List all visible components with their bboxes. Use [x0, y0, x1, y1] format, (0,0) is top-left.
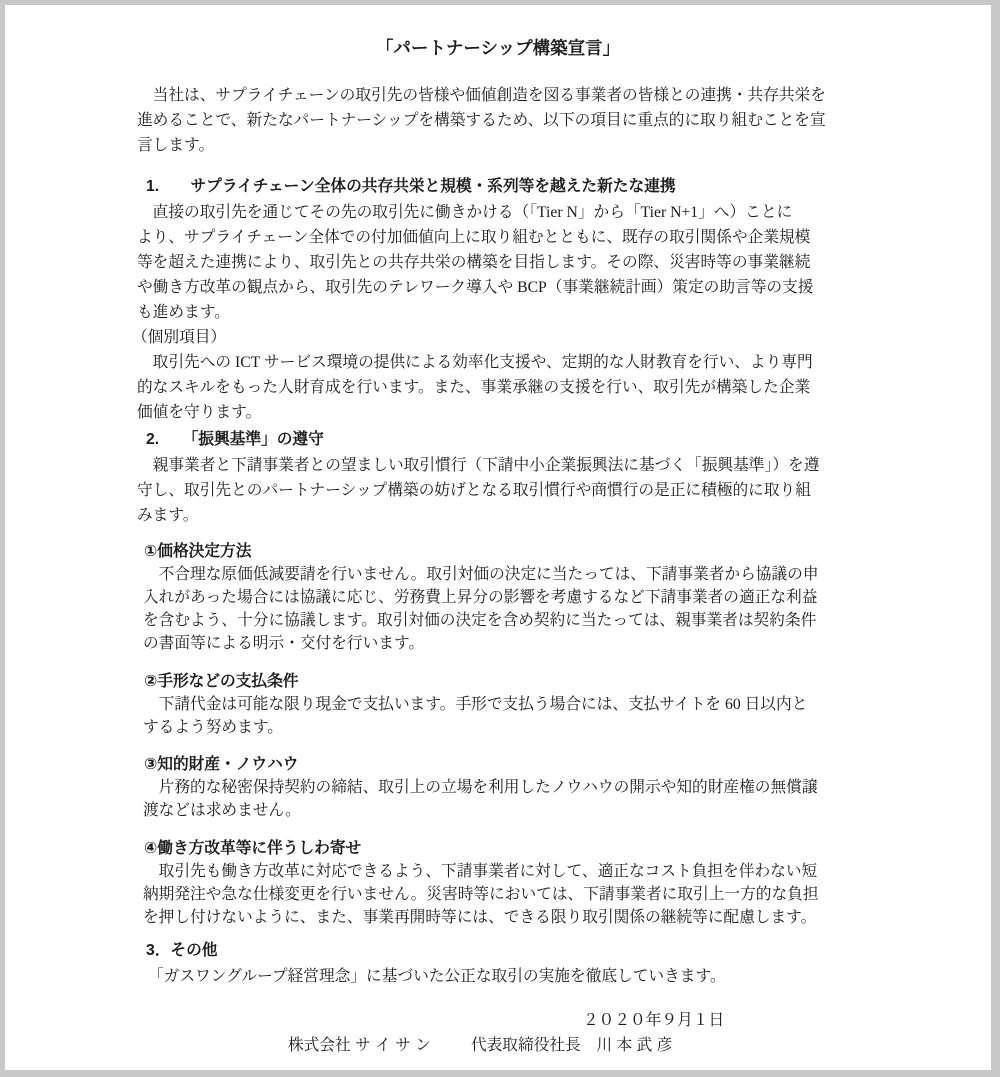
- text-line: 下請代金は可能な限り現金で支払います。手形で支払う場合には、支払サイトを 60 …: [143, 693, 991, 716]
- section-1-heading: 1. サプライチェーン全体の共存共栄と規模・系列等を越えた新たな連携: [146, 174, 991, 200]
- company-name: 株式会社 サ イ サ ン: [288, 1033, 431, 1058]
- text-line: や働き方改革の観点から、取引先のテレワーク導入や BCP（事業継続計画）策定の助…: [137, 275, 991, 300]
- date-line: ２０２０年９月１日: [583, 1008, 991, 1033]
- subitem-1-heading: ①価格決定方法: [144, 540, 991, 563]
- subitem-1-body: 不合理な原価低減要請を行いません。取引対価の決定に当たっては、下請事業者から協議…: [143, 563, 991, 655]
- text-line: 渡などは求めません。: [143, 799, 991, 822]
- section-2-body: 親事業者と下請事業者との望ましい取引慣行（下請中小企業振興法に基づく「振興基準」…: [137, 453, 991, 528]
- text-line: 不合理な原価低減要請を行いません。取引対価の決定に当たっては、下請事業者から協議…: [143, 563, 991, 586]
- text-line: みます。: [137, 503, 991, 528]
- subitem-2-body: 下請代金は可能な限り現金で支払います。手形で支払う場合には、支払サイトを 60 …: [143, 693, 991, 739]
- text-line: 「ガスワングループ経営理念」に基づいた公正な取引の実施を徹底していきます。: [148, 964, 991, 989]
- individual-items-label: （個別項目）: [132, 325, 991, 350]
- subitem-2-heading: ②手形などの支払条件: [144, 670, 991, 693]
- text-line: 進めることで、新たなパートナーシップを構築するため、以下の項目に重点的に取り組む…: [137, 108, 991, 133]
- intro-paragraph: 当社は、サプライチェーンの取引先の皆様や価値創造を図る事業者の皆様との連携・共存…: [137, 83, 991, 158]
- section-3-heading: 3．その他: [146, 938, 991, 964]
- section-3-body: 「ガスワングループ経営理念」に基づいた公正な取引の実施を徹底していきます。: [148, 964, 991, 989]
- text-line: 納期発注や急な仕様変更を行いません。災害時等においては、下請事業者に取引上一方的…: [143, 883, 991, 906]
- text-line: 取引先も働き方改革に対応できるよう、下請事業者に対して、適正なコスト負担を伴わな…: [143, 860, 991, 883]
- text-line: 片務的な秘密保持契約の締結、取引上の立場を利用したノウハウの開示や知的財産権の無…: [143, 776, 991, 799]
- section-1-body: 直接の取引先を通じてその先の取引先に働きかける（「Tier N」から「Tier …: [137, 200, 991, 325]
- section-2-heading: 2. 「振興基準」の遵守: [146, 427, 991, 453]
- text-line: 直接の取引先を通じてその先の取引先に働きかける（「Tier N」から「Tier …: [137, 200, 991, 225]
- text-line: も進めます。: [137, 300, 991, 325]
- text-line: より、サプライチェーン全体での付加価値向上に取り組むとともに、既存の取引関係や企…: [137, 225, 991, 250]
- document-frame: 「パートナーシップ構築宣言」 当社は、サプライチェーンの取引先の皆様や価値創造を…: [0, 0, 1000, 1077]
- text-line: 的なスキルをもった人財育成を行います。また、事業承継の支援を行い、取引先が構築し…: [137, 375, 991, 400]
- text-line: 守し、取引先とのパートナーシップ構築の妨げとなる取引慣行や商慣行の是正に積極的に…: [137, 478, 991, 503]
- individual-items-body: 取引先への ICT サービス環境の提供による効率化支援や、定期的な人財教育を行い…: [137, 350, 991, 425]
- document-page: 「パートナーシップ構築宣言」 当社は、サプライチェーンの取引先の皆様や価値創造を…: [5, 5, 991, 1070]
- subitem-3-body: 片務的な秘密保持契約の締結、取引上の立場を利用したノウハウの開示や知的財産権の無…: [143, 776, 991, 822]
- text-line: の書面等による明示・交付を行います。: [143, 632, 991, 655]
- representative-name: 代表取締役社長 川 本 武 彦: [471, 1033, 672, 1058]
- text-line: 入れがあった場合には協議に応じ、労務費上昇分の影響を考慮するなど下請事業者の適正…: [143, 586, 991, 609]
- subitem-4-body: 取引先も働き方改革に対応できるよう、下請事業者に対して、適正なコスト負担を伴わな…: [143, 860, 991, 929]
- document-title: 「パートナーシップ構築宣言」: [5, 35, 991, 61]
- text-line: を押し付けないように、また、事業再開時等には、できる限り取引関係の継続等に配慮し…: [143, 906, 991, 929]
- text-line: を含むよう、十分に協議します。取引対価の決定を含め契約に当たっては、親事業者は契…: [143, 609, 991, 632]
- subitem-3-heading: ③知的財産・ノウハウ: [144, 753, 991, 776]
- text-line: 言します。: [137, 133, 991, 158]
- text-line: 価値を守ります。: [137, 400, 991, 425]
- text-line: 当社は、サプライチェーンの取引先の皆様や価値創造を図る事業者の皆様との連携・共存…: [137, 83, 991, 108]
- text-line: 取引先への ICT サービス環境の提供による効率化支援や、定期的な人財教育を行い…: [137, 350, 991, 375]
- text-line: するよう努めます。: [143, 716, 991, 739]
- subitem-4-heading: ④働き方改革等に伴うしわ寄せ: [144, 837, 991, 860]
- signature-line: 株式会社 サ イ サ ン 代表取締役社長 川 本 武 彦: [288, 1033, 991, 1058]
- text-line: 親事業者と下請事業者との望ましい取引慣行（下請中小企業振興法に基づく「振興基準」…: [137, 453, 991, 478]
- text-line: 等を超えた連携により、取引先との共存共栄の構築を目指します。その際、災害時等の事…: [137, 250, 991, 275]
